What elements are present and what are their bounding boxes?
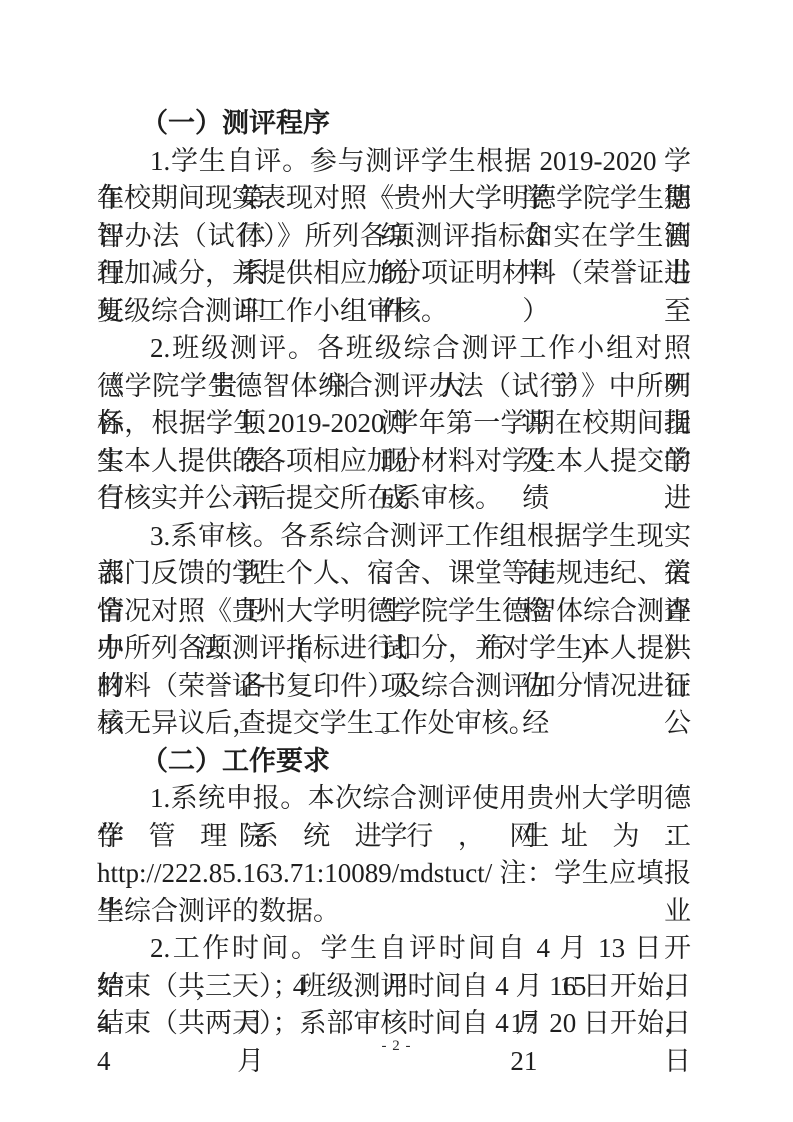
document-page: （一）测评程序1.学生自评。参与测评学生根据 2019-2020 学年第一学期在… — [0, 0, 793, 1122]
page-number: - 2 - — [0, 1038, 793, 1055]
text-line: 作 管 理 系 统 进 行 ， 网 址 为 ： — [97, 818, 691, 856]
text-line: 行加减分，并提供相应加分项证明材料（荣誉证书复印件）至 — [97, 255, 691, 293]
text-line: 中所列各项测评指标进行扣分，并对学生本人提供的各项佐证 — [97, 630, 691, 668]
text-line: 1.学生自评。参与测评学生根据 2019-2020 学年第一学期 — [97, 143, 691, 181]
text-line: http://222.85.163.71:10089/mdstuct/ 注：学生… — [97, 855, 691, 893]
text-line: 情况对照《贵州大学明德学院学生德智体综合测评办法(试行)》 — [97, 593, 691, 631]
section-heading: （二）工作要求 — [97, 743, 691, 781]
text-line: 标，根据学生 2019-2020 学年第一学期在校期间现实表现及学 — [97, 405, 691, 443]
text-line: 评办法（试行）》所列各项测评指标如实在学生管理系统中进 — [97, 218, 691, 256]
text-line: 结束（共三天）；班级测评时间自 4 月 16 日开始，4 月 17 日 — [97, 968, 691, 1006]
text-line: 2.工作时间。学生自评时间自 4 月 13 日开始，4 月 15 日 — [97, 930, 691, 968]
text-line: 德学院学生德智体综合测评办法（试行）》中所列各项测评指 — [97, 368, 691, 406]
text-line: 1.系统申报。本次综合测评使用贵州大学明德学院学生工 — [97, 780, 691, 818]
text-line: 3.系审核。各系综合测评工作组根据学生现实表现、有关 — [97, 518, 691, 556]
text-line: 2.班级测评。各班级综合测评工作小组对照《贵州大学明 — [97, 330, 691, 368]
text-line: 结束（共两天）；系部审核时间自 4 月 20 日开始，4 月 21 日 — [97, 1005, 691, 1043]
document-body: （一）测评程序1.学生自评。参与测评学生根据 2019-2020 学年第一学期在… — [97, 105, 691, 1043]
section-heading: （一）测评程序 — [97, 105, 691, 143]
text-line: 在校期间现实表现对照《贵州大学明德学院学生德智体综合测 — [97, 180, 691, 218]
text-line: 部门反馈的学生个人、宿舍、课堂等违规违纪、宿舍卫生检查 — [97, 555, 691, 593]
text-line: 生本人提供的各项相应加分材料对学生本人提交的自评成绩进 — [97, 443, 691, 481]
text-line: 材料（荣誉证书复印件）及综合测评加分情况进行核查。经公 — [97, 668, 691, 706]
